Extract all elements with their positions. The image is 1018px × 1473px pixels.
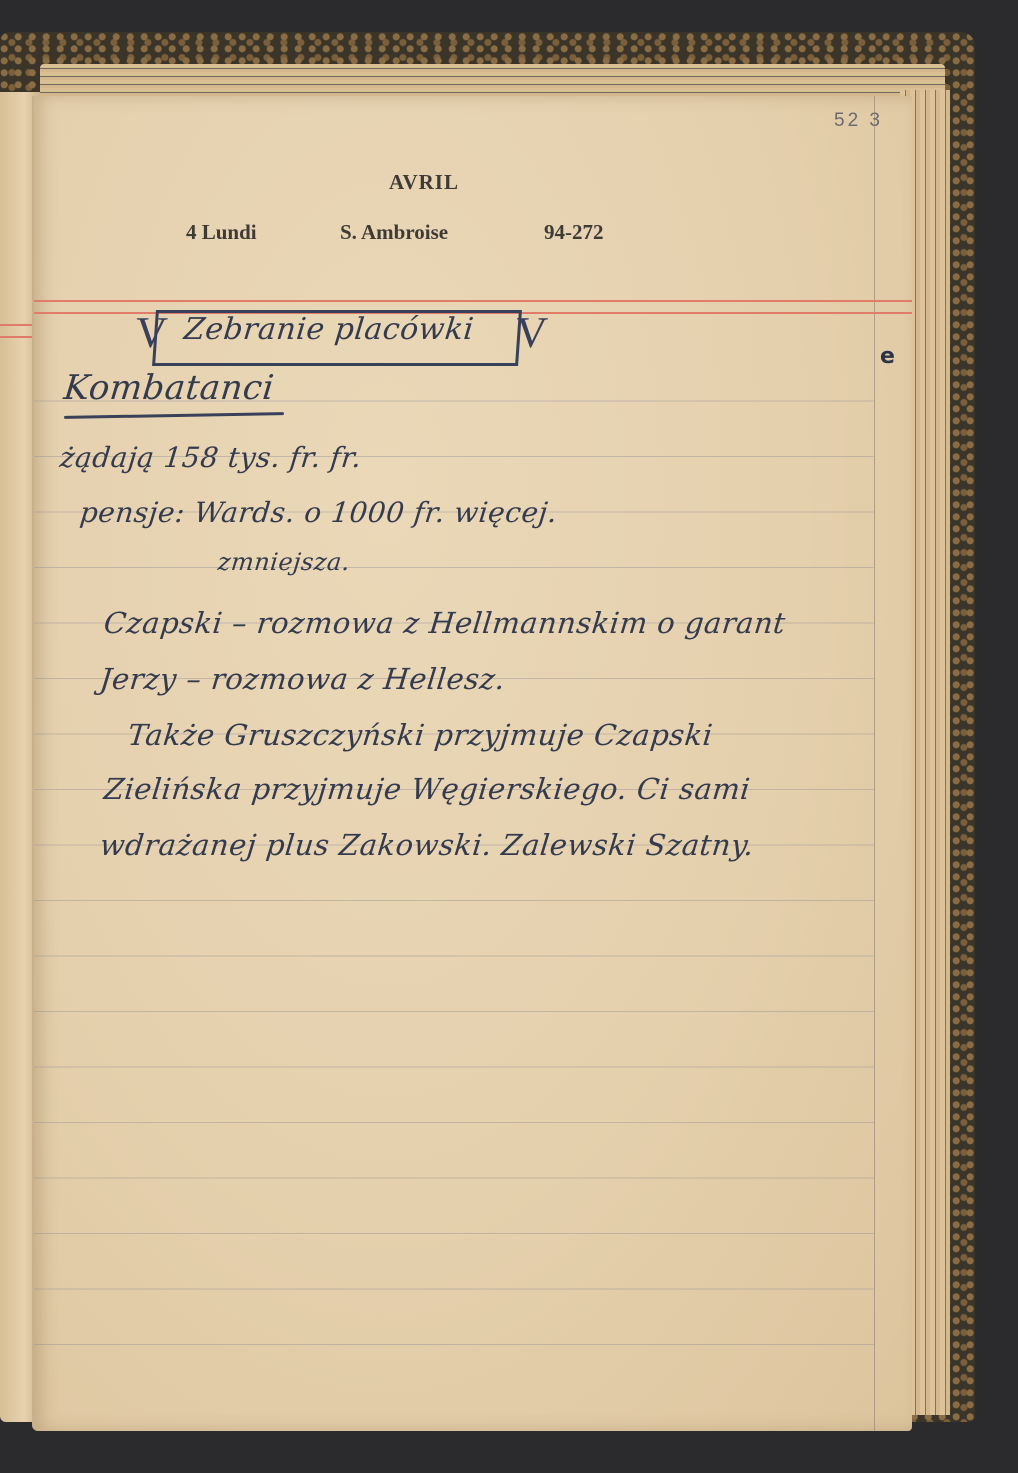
red-rule <box>34 300 912 302</box>
handwritten-line: żądają 158 tys. fr. fr. <box>58 441 363 474</box>
diary-page: 52 3 AVRIL 4 Lundi S. Ambroise 94-272 V … <box>32 96 912 1431</box>
handwritten-line: wdrażanej plus Zakowski. Zalewski Szatny… <box>98 828 755 862</box>
printed-day-count: 94-272 <box>544 220 604 245</box>
printed-saint: S. Ambroise <box>340 220 448 245</box>
handwritten-title: Zebranie placówki <box>182 312 475 347</box>
margin-mark: e <box>880 344 895 369</box>
handwritten-line: pensje: Wards. o 1000 fr. więcej. <box>78 496 559 529</box>
handwritten-line: Czapski – rozmowa z Hellmannskim o garan… <box>102 606 787 640</box>
printed-month: AVRIL <box>34 170 814 195</box>
handwritten-line: Także Gruszczyński przyjmuje Czapski <box>126 718 714 752</box>
handwritten-line: Zielińska przyjmuje Węgierskiego. Ci sam… <box>102 772 752 806</box>
handwritten-line: zmniejsza. <box>217 548 352 576</box>
margin-line <box>874 96 875 1431</box>
handwritten-line: Jerzy – rozmowa z Hellesz. <box>98 662 507 696</box>
checkmark-icon: V <box>514 307 549 358</box>
handwritten-heading: Kombatanci <box>62 368 276 408</box>
page-stack-top-edge <box>40 64 945 100</box>
printed-day: 4 Lundi <box>186 220 257 245</box>
checkmark-icon: V <box>134 307 169 358</box>
folio-number: 52 3 <box>834 110 883 132</box>
